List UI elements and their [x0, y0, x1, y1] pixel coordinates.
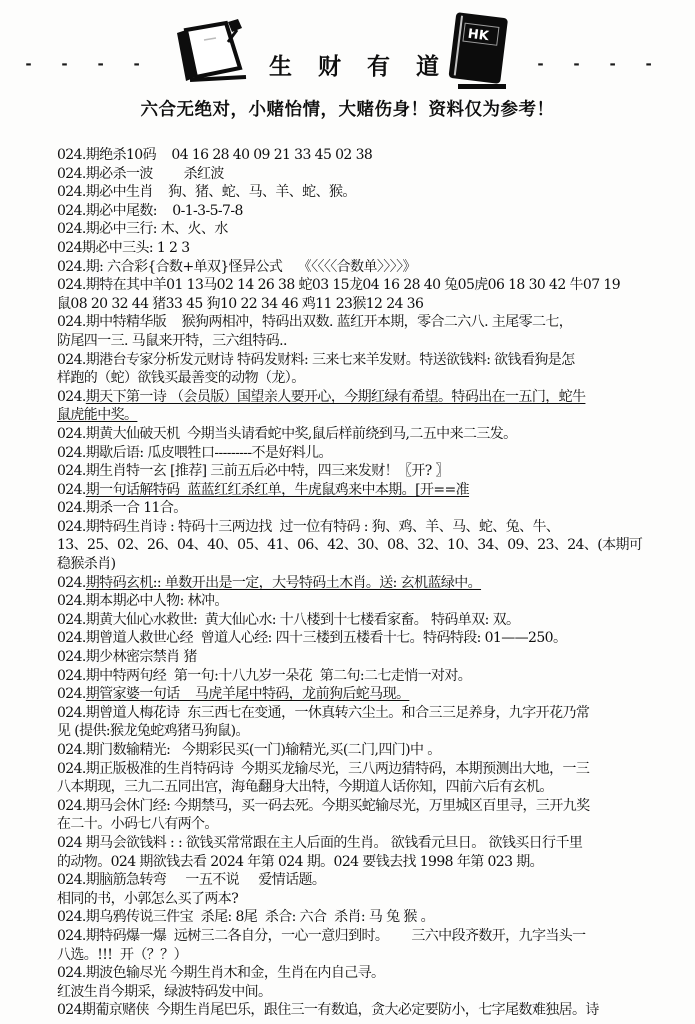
body-line: 鼠虎能中奖。 [57, 406, 672, 425]
body-line: 024.期: 六合彩{合数+单双}怪异公式 《〈〈〈〈合数单〉〉〉〉》 [57, 258, 672, 277]
body-line: 024.期绝杀10码 04 16 28 40 09 21 33 45 02 38 [57, 146, 672, 165]
body-line: 024.期特码生肖诗 : 特码十三两边找 过一位有特码 : 狗、鸡、羊、马、蛇、… [57, 518, 672, 537]
body-line: 024.期曾道人救世心经 曾道人心经: 四十三楼到五楼看十七。特码特段: 01—… [57, 629, 672, 648]
body-line: 防尾四一三. 马鼠来开特，三六组特码.. [57, 332, 672, 351]
body-line: 024.期特码玄机:: 单数开出是一定，大号特码土木肖。送: 玄机蓝绿中。 [57, 574, 672, 593]
body-line: 样跑的（蛇）欲钱买最善变的动物（龙）。 [57, 369, 672, 388]
body-line: 024.期正版极准的生肖特码诗 今期买龙输尽光，三八两边猜特码，本期预测出大地，… [57, 760, 672, 779]
body-line: 见 (提供:猴龙兔蛇鸡猪马狗鼠)。 [57, 722, 672, 741]
body-line: 024 期马会欲钱料 : : 欲钱买常常跟在主人后面的生肖。 欲钱看元旦日。 欲… [57, 834, 672, 853]
dash-row-left: - - - - [24, 55, 143, 73]
dash-row-right: - - - - [536, 55, 655, 73]
body-line: 鼠08 20 32 44 猪33 45 狗10 22 34 46 鸡11 23猴… [57, 295, 672, 314]
body-line: 024.期生肖特一玄 [推荐] 三前五后必中特，四三来发财！〖开? 〗 [57, 462, 672, 481]
body-line: 13、25、02、26、04、40、05、41、06、42、30、08、32、1… [57, 536, 672, 555]
body-line: 八本期现，三九二五同出宫，海龟翻身大出特，今期道人话你知，四前六后有玄机。 [57, 778, 672, 797]
body-line: 024.期马会休门经: 今期禁马，买一码去死。今期买蛇输尽光，万里城区百里寻，三… [57, 797, 672, 816]
body-line: 024.期曾道人梅花诗 东三西七在变通，一休真转六尘土。和合三三足养身，九字开花… [57, 704, 672, 723]
body-line: 024.期必杀一波 杀红波 [57, 165, 672, 184]
body-line: 红波生肖今期采，绿波特码发中间。 [57, 983, 672, 1002]
body-line: 稳猴杀肖) [57, 555, 672, 574]
body-line: 024期葡京赌侠 今期生肖尾巴乐，跟住三一有数追，贪大必定要防小，七字尾数难独居… [57, 1001, 672, 1020]
body-line: 024.期必中尾数: 0-1-3-5-7-8 [57, 202, 672, 221]
body-line: 024.期波色输尽光 今期生肖木和金，生肖在内自己寻。 [57, 964, 672, 983]
body-line: 024.期歇后语: 瓜皮喂牲口---------不是好料儿。 [57, 444, 672, 463]
body-line: 八选。!!! 开（？？） [57, 946, 672, 965]
notebook-pen-icon [160, 18, 252, 98]
body-line: 的动物。024 期欲钱去看 2024 年第 024 期。024 要钱去找 199… [57, 853, 672, 872]
page: - - - - 生 财 有 道 HK - - - - 六合无绝对，小赌怡情，大赌… [0, 0, 695, 1024]
hk-book-icon: HK [436, 10, 520, 98]
body-line: 在二十。小码七八有两个。 [57, 815, 672, 834]
hk-book-label: HK [467, 27, 491, 45]
subtitle: 六合无绝对，小赌怡情，大赌伤身！资料仅为参考！ [0, 96, 695, 121]
body-line: 024期必中三头: 1 2 3 [57, 239, 672, 258]
body-line: 024.期黄大仙心水救世: 黄大仙心水: 十八楼到十七楼看家畜。 特码单双: 双… [57, 611, 672, 630]
body-line: 024.期中特精华版 猴狗两相冲，特码出双数. 蓝红开本期，零合二六八. 主尾零… [57, 313, 672, 332]
body-line: 024.期天下第一诗 （会员版）国望亲人要开心，今期红绿有希望。特码出在一五门，… [57, 388, 672, 407]
body-line: 024.期管家婆一句话 马虎羊尾中特码，龙前狗后蛇马现。 [57, 685, 672, 704]
body-line: 024.期杀一合 11合。 [57, 499, 672, 518]
body-line: 024.期必中三行: 木、火、水 [57, 220, 672, 239]
body-line: 024.期必中生肖 狗、猪、蛇、马、羊、蛇、猴。 [57, 183, 672, 202]
body-line: 024.期脑筋急转弯 一五不说 爱情话题。 [57, 871, 672, 890]
body-line: 024.期本期必中人物: 林冲。 [57, 592, 672, 611]
body-line: 024.期港台专家分析发元财诗 特码发财料: 三来七来羊发财。特送欲钱料: 欲钱… [57, 351, 672, 370]
body-lines: 024.期绝杀10码 04 16 28 40 09 21 33 45 02 38… [57, 146, 672, 1020]
body-line: 024.期特码爆一爆 远树三二各自分，一心一意归到时。 三六中段齐数开，九字当头… [57, 927, 672, 946]
body-line: 024.期黄大仙破天机 今期当头请看蛇中奖,鼠后样前绕到马,二五中来二三发。 [57, 425, 672, 444]
body-line: 024.期门数输精光: 今期彩民买(一门)输精光,买(二门,四门)中 。 [57, 741, 672, 760]
page-title: 生 财 有 道 [269, 48, 439, 81]
body-line: 024.期一句话解特码 蓝蓝红红杀红单，牛虎鼠鸡来中本期。[开==准 [57, 481, 672, 500]
body-line: 相同的书，小郭怎么买了两本? [57, 890, 672, 909]
body-line: 024.期特在其中羊01 13马02 14 26 38 蛇03 15龙04 16… [57, 276, 672, 295]
body-line: 024.期中特两句经 第一句:十八九岁一朵花 第二句:二七走悄一对对。 [57, 667, 672, 686]
body-line: 024.期乌鸦传说三件宝 杀尾: 8尾 杀合: 六合 杀肖: 马 兔 猴 。 [57, 908, 672, 927]
body-line: 024.期少林密宗禁肖 猪 [57, 648, 672, 667]
